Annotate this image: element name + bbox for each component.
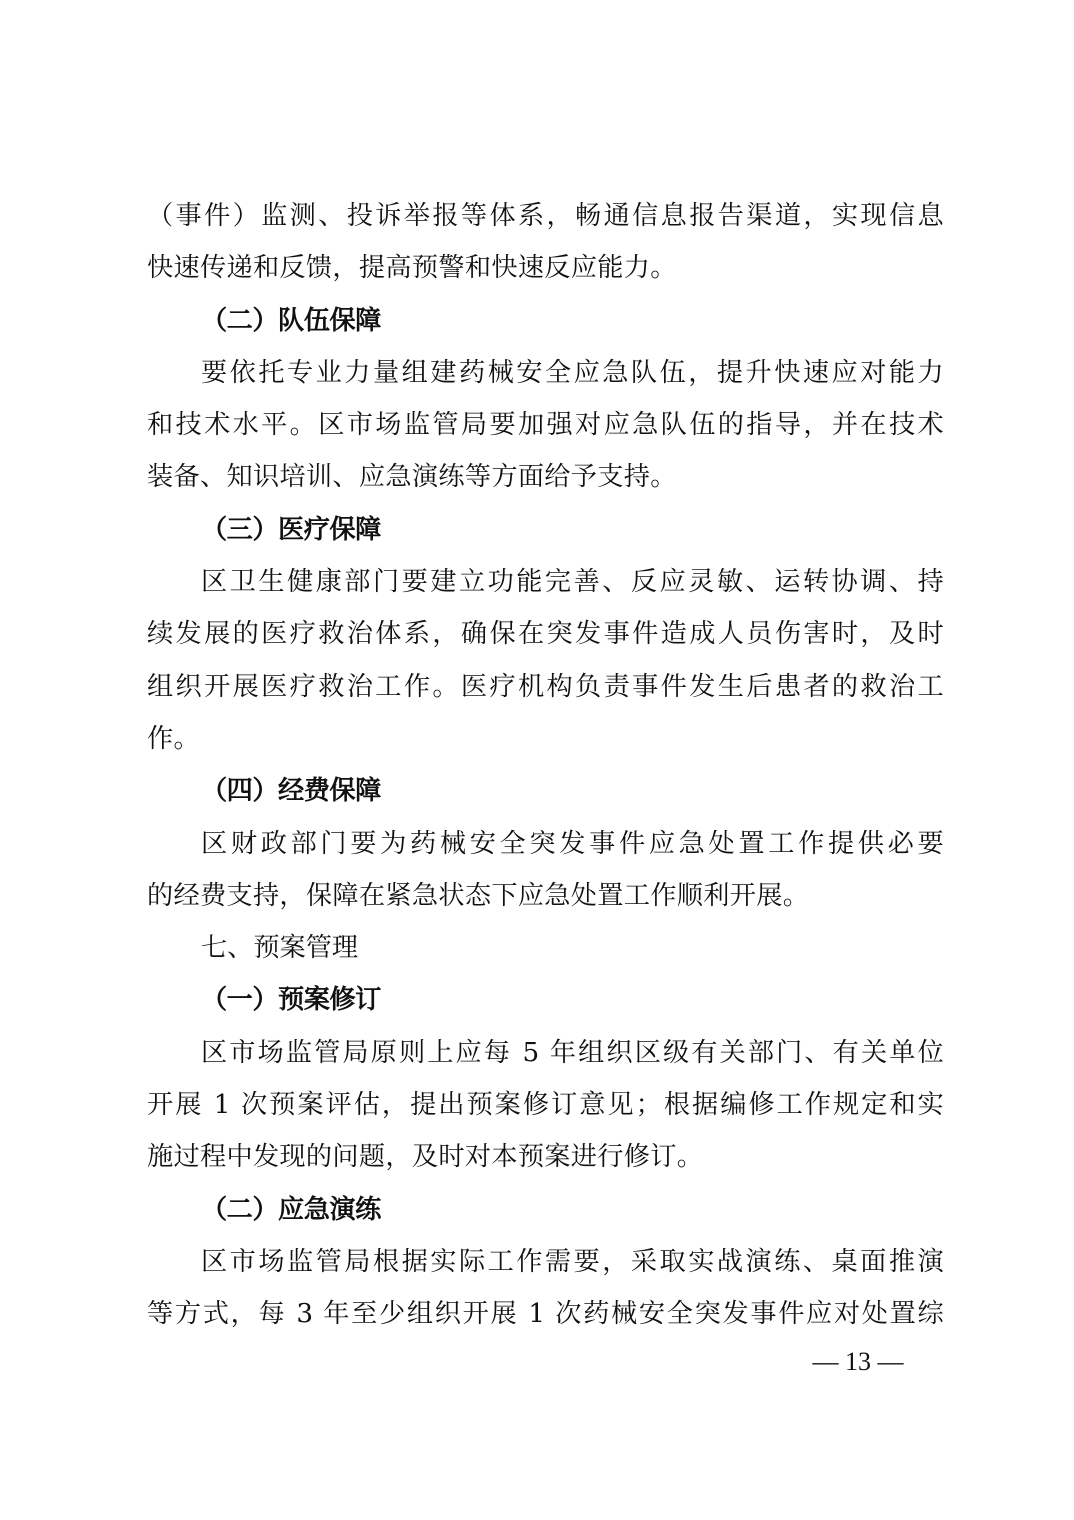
paragraph-line: 等方式，每 3 年至少组织开展 1 次药械安全突发事件应对处置综: [147, 1294, 944, 1346]
paragraph-line: 区卫生健康部门要建立功能完善、反应灵敏、运转协调、持: [147, 562, 944, 614]
paragraph-line: 开展 1 次预案评估，提出预案修订意见；根据编修工作规定和实: [147, 1085, 944, 1137]
subheading-plan-revision: （一）预案修订: [147, 980, 944, 1032]
subheading-medical-guarantee: （三）医疗保障: [147, 510, 944, 562]
page-number: — 13 —: [808, 1344, 908, 1380]
paragraph-line: 区财政部门要为药械安全突发事件应急处置工作提供必要: [147, 824, 944, 876]
paragraph-line: 组织开展医疗救治工作。医疗机构负责事件发生后患者的救治工: [147, 667, 944, 719]
paragraph-line: 的经费支持，保障在紧急状态下应急处置工作顺利开展。: [147, 876, 944, 928]
section-heading-plan-management: 七、预案管理: [147, 928, 944, 980]
subheading-funding-guarantee: （四）经费保障: [147, 771, 944, 823]
paragraph-line: 要依托专业力量组建药械安全应急队伍，提升快速应对能力: [147, 353, 944, 405]
subheading-emergency-drill: （二）应急演练: [147, 1190, 944, 1242]
paragraph-line: 续发展的医疗救治体系，确保在突发事件造成人员伤害时，及时: [147, 614, 944, 666]
paragraph-line: 区市场监管局原则上应每 5 年组织区级有关部门、有关单位: [147, 1033, 944, 1085]
document-page: （事件）监测、投诉举报等体系，畅通信息报告渠道，实现信息 快速传递和反馈，提高预…: [147, 196, 944, 1347]
paragraph-line: 区市场监管局根据实际工作需要，采取实战演练、桌面推演: [147, 1242, 944, 1294]
paragraph-line: 装备、知识培训、应急演练等方面给予支持。: [147, 457, 944, 509]
paragraph-line: 和技术水平。区市场监管局要加强对应急队伍的指导，并在技术: [147, 405, 944, 457]
paragraph-line: （事件）监测、投诉举报等体系，畅通信息报告渠道，实现信息: [147, 196, 944, 248]
paragraph-line: 作。: [147, 719, 944, 771]
paragraph-line: 快速传递和反馈，提高预警和快速反应能力。: [147, 248, 944, 300]
subheading-team-guarantee: （二）队伍保障: [147, 301, 944, 353]
paragraph-line: 施过程中发现的问题，及时对本预案进行修订。: [147, 1137, 944, 1189]
